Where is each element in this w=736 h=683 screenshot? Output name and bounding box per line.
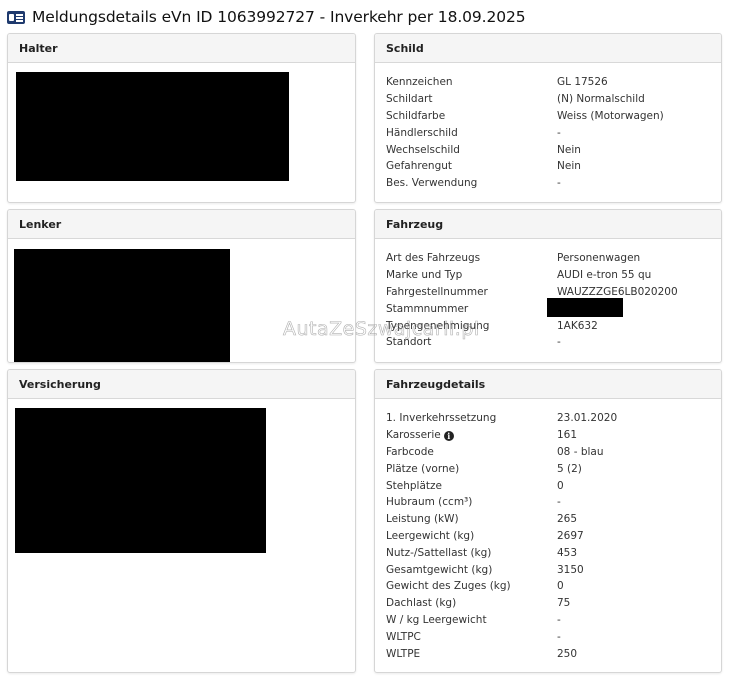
panel-title: Fahrzeugdetails [375, 370, 721, 399]
field-value: 453 [557, 547, 577, 559]
field-label-text: Stammnummer [386, 303, 468, 315]
kv-row: Typengenehmigung1AK632 [386, 317, 721, 334]
kv-row: GefahrengutNein [386, 158, 721, 175]
field-label-text: Leistung (kW) [386, 513, 459, 525]
kv-row: WLTPC- [386, 628, 721, 645]
field-label: Stehplätze [386, 480, 557, 492]
field-value: - [557, 631, 561, 643]
kv-row: Standort- [386, 334, 721, 351]
field-value: Weiss (Motorwagen) [557, 110, 664, 122]
fahrzeugdetails-list: 1. Inverkehrssetzung23.01.2020Karosserie… [375, 399, 721, 662]
field-label-text: Gesamtgewicht (kg) [386, 564, 492, 576]
kv-row: Art des FahrzeugsPersonenwagen [386, 250, 721, 267]
field-label-text: Farbcode [386, 446, 434, 458]
kv-row: Farbcode08 - blau [386, 444, 721, 461]
panel-schild: Schild KennzeichenGL 17526Schildart(N) N… [374, 33, 722, 203]
panel-lenker: Lenker [7, 209, 356, 363]
redacted-block [16, 72, 289, 181]
field-label-text: Typengenehmigung [386, 320, 489, 332]
panel-title: Lenker [8, 210, 355, 239]
redacted-block [15, 408, 266, 553]
panel-fahrzeugdetails: Fahrzeugdetails 1. Inverkehrssetzung23.0… [374, 369, 722, 673]
field-label-text: WLTPE [386, 648, 420, 660]
field-label-text: Art des Fahrzeugs [386, 252, 480, 264]
field-value: - [557, 127, 561, 139]
field-label: W / kg Leergewicht [386, 614, 557, 626]
field-value: 23.01.2020 [557, 412, 617, 424]
kv-row: Hubraum (ccm³)- [386, 494, 721, 511]
field-label: Karosseriei [386, 429, 557, 441]
schild-list: KennzeichenGL 17526Schildart(N) Normalsc… [375, 63, 721, 192]
kv-row: Stammnummer [386, 300, 721, 317]
kv-row: Stehplätze0 [386, 477, 721, 494]
info-circle-icon[interactable]: i [444, 431, 454, 441]
field-label-text: Marke und Typ [386, 269, 462, 281]
field-value: 5 (2) [557, 463, 582, 475]
field-label: Typengenehmigung [386, 320, 557, 332]
field-label: Stammnummer [386, 303, 557, 315]
panel-title: Halter [8, 34, 355, 63]
field-label: Leistung (kW) [386, 513, 557, 525]
field-label-text: Fahrgestellnummer [386, 286, 488, 298]
field-label-text: Standort [386, 336, 431, 348]
kv-row: Bes. Verwendung- [386, 175, 721, 192]
field-label: WLTPC [386, 631, 557, 643]
fahrzeug-list: Art des FahrzeugsPersonenwagenMarke und … [375, 239, 721, 351]
field-label-text: WLTPC [386, 631, 421, 643]
field-label-text: Dachlast (kg) [386, 597, 456, 609]
field-label-text: Kennzeichen [386, 76, 453, 88]
panel-halter: Halter [7, 33, 356, 203]
field-label: Kennzeichen [386, 76, 557, 88]
field-label: Schildfarbe [386, 110, 557, 122]
field-label-text: Nutz-/Sattellast (kg) [386, 547, 491, 559]
field-value: (N) Normalschild [557, 93, 645, 105]
field-value: WAUZZZGE6LB020200 [557, 286, 678, 298]
field-label: Farbcode [386, 446, 557, 458]
field-label: Art des Fahrzeugs [386, 252, 557, 264]
kv-row: Plätze (vorne)5 (2) [386, 460, 721, 477]
field-label-text: 1. Inverkehrssetzung [386, 412, 496, 424]
field-value: - [557, 336, 561, 348]
kv-row: SchildfarbeWeiss (Motorwagen) [386, 108, 721, 125]
kv-row: Schildart(N) Normalschild [386, 91, 721, 108]
field-label: Hubraum (ccm³) [386, 496, 557, 508]
redacted-value [547, 298, 623, 317]
field-label: Gefahrengut [386, 160, 557, 172]
field-value: Nein [557, 144, 581, 156]
field-label-text: Karosserie [386, 429, 441, 441]
field-value: GL 17526 [557, 76, 608, 88]
panel-versicherung: Versicherung [7, 369, 356, 673]
id-card-icon [7, 11, 25, 24]
field-label: Schildart [386, 93, 557, 105]
field-label: Plätze (vorne) [386, 463, 557, 475]
field-label: Marke und Typ [386, 269, 557, 281]
page-title: Meldungsdetails eVn ID 1063992727 - Inve… [32, 8, 526, 26]
field-label: Gesamtgewicht (kg) [386, 564, 557, 576]
field-value: 3150 [557, 564, 584, 576]
field-value: 1AK632 [557, 320, 598, 332]
kv-row: KennzeichenGL 17526 [386, 74, 721, 91]
page-header: Meldungsdetails eVn ID 1063992727 - Inve… [7, 6, 526, 28]
field-label: Wechselschild [386, 144, 557, 156]
field-label: Fahrgestellnummer [386, 286, 557, 298]
field-label: WLTPE [386, 648, 557, 660]
field-label-text: Leergewicht (kg) [386, 530, 474, 542]
field-label-text: W / kg Leergewicht [386, 614, 487, 626]
field-value: 75 [557, 597, 570, 609]
field-value: - [557, 496, 561, 508]
field-value: 0 [557, 580, 564, 592]
redacted-block [14, 249, 230, 363]
field-label: Bes. Verwendung [386, 177, 557, 189]
kv-row: Händlerschild- [386, 124, 721, 141]
field-value: 250 [557, 648, 577, 660]
field-label: Händlerschild [386, 127, 557, 139]
field-value: 265 [557, 513, 577, 525]
panel-fahrzeug: Fahrzeug Art des FahrzeugsPersonenwagenM… [374, 209, 722, 363]
field-value: - [557, 614, 561, 626]
field-label-text: Stehplätze [386, 480, 442, 492]
field-value: Nein [557, 160, 581, 172]
field-label: 1. Inverkehrssetzung [386, 412, 557, 424]
field-label-text: Plätze (vorne) [386, 463, 459, 475]
field-value: AUDI e-tron 55 qu [557, 269, 651, 281]
field-value: 2697 [557, 530, 584, 542]
panel-title: Schild [375, 34, 721, 63]
field-label: Dachlast (kg) [386, 597, 557, 609]
kv-row: Gesamtgewicht (kg)3150 [386, 561, 721, 578]
kv-row: WechselschildNein [386, 141, 721, 158]
field-label: Nutz-/Sattellast (kg) [386, 547, 557, 559]
field-value: 08 - blau [557, 446, 604, 458]
field-value: Personenwagen [557, 252, 640, 264]
kv-row: Leergewicht (kg)2697 [386, 528, 721, 545]
panel-title: Versicherung [8, 370, 355, 399]
field-label: Standort [386, 336, 557, 348]
kv-row: WLTPE250 [386, 645, 721, 662]
kv-row: Dachlast (kg)75 [386, 595, 721, 612]
kv-row: Nutz-/Sattellast (kg)453 [386, 544, 721, 561]
field-label-text: Hubraum (ccm³) [386, 496, 472, 508]
field-label: Gewicht des Zuges (kg) [386, 580, 557, 592]
field-label-text: Bes. Verwendung [386, 177, 477, 189]
field-label-text: Schildfarbe [386, 110, 445, 122]
field-label-text: Gefahrengut [386, 160, 452, 172]
field-value: - [557, 177, 561, 189]
kv-row: Leistung (kW)265 [386, 511, 721, 528]
kv-row: Karosseriei161 [386, 427, 721, 444]
field-label-text: Händlerschild [386, 127, 458, 139]
field-value: 0 [557, 480, 564, 492]
kv-row: 1. Inverkehrssetzung23.01.2020 [386, 410, 721, 427]
kv-row: Marke und TypAUDI e-tron 55 qu [386, 267, 721, 284]
field-label-text: Gewicht des Zuges (kg) [386, 580, 511, 592]
kv-row: Gewicht des Zuges (kg)0 [386, 578, 721, 595]
field-label-text: Wechselschild [386, 144, 460, 156]
kv-row: W / kg Leergewicht- [386, 612, 721, 629]
field-label: Leergewicht (kg) [386, 530, 557, 542]
panel-title: Fahrzeug [375, 210, 721, 239]
field-value: 161 [557, 429, 577, 441]
field-label-text: Schildart [386, 93, 432, 105]
